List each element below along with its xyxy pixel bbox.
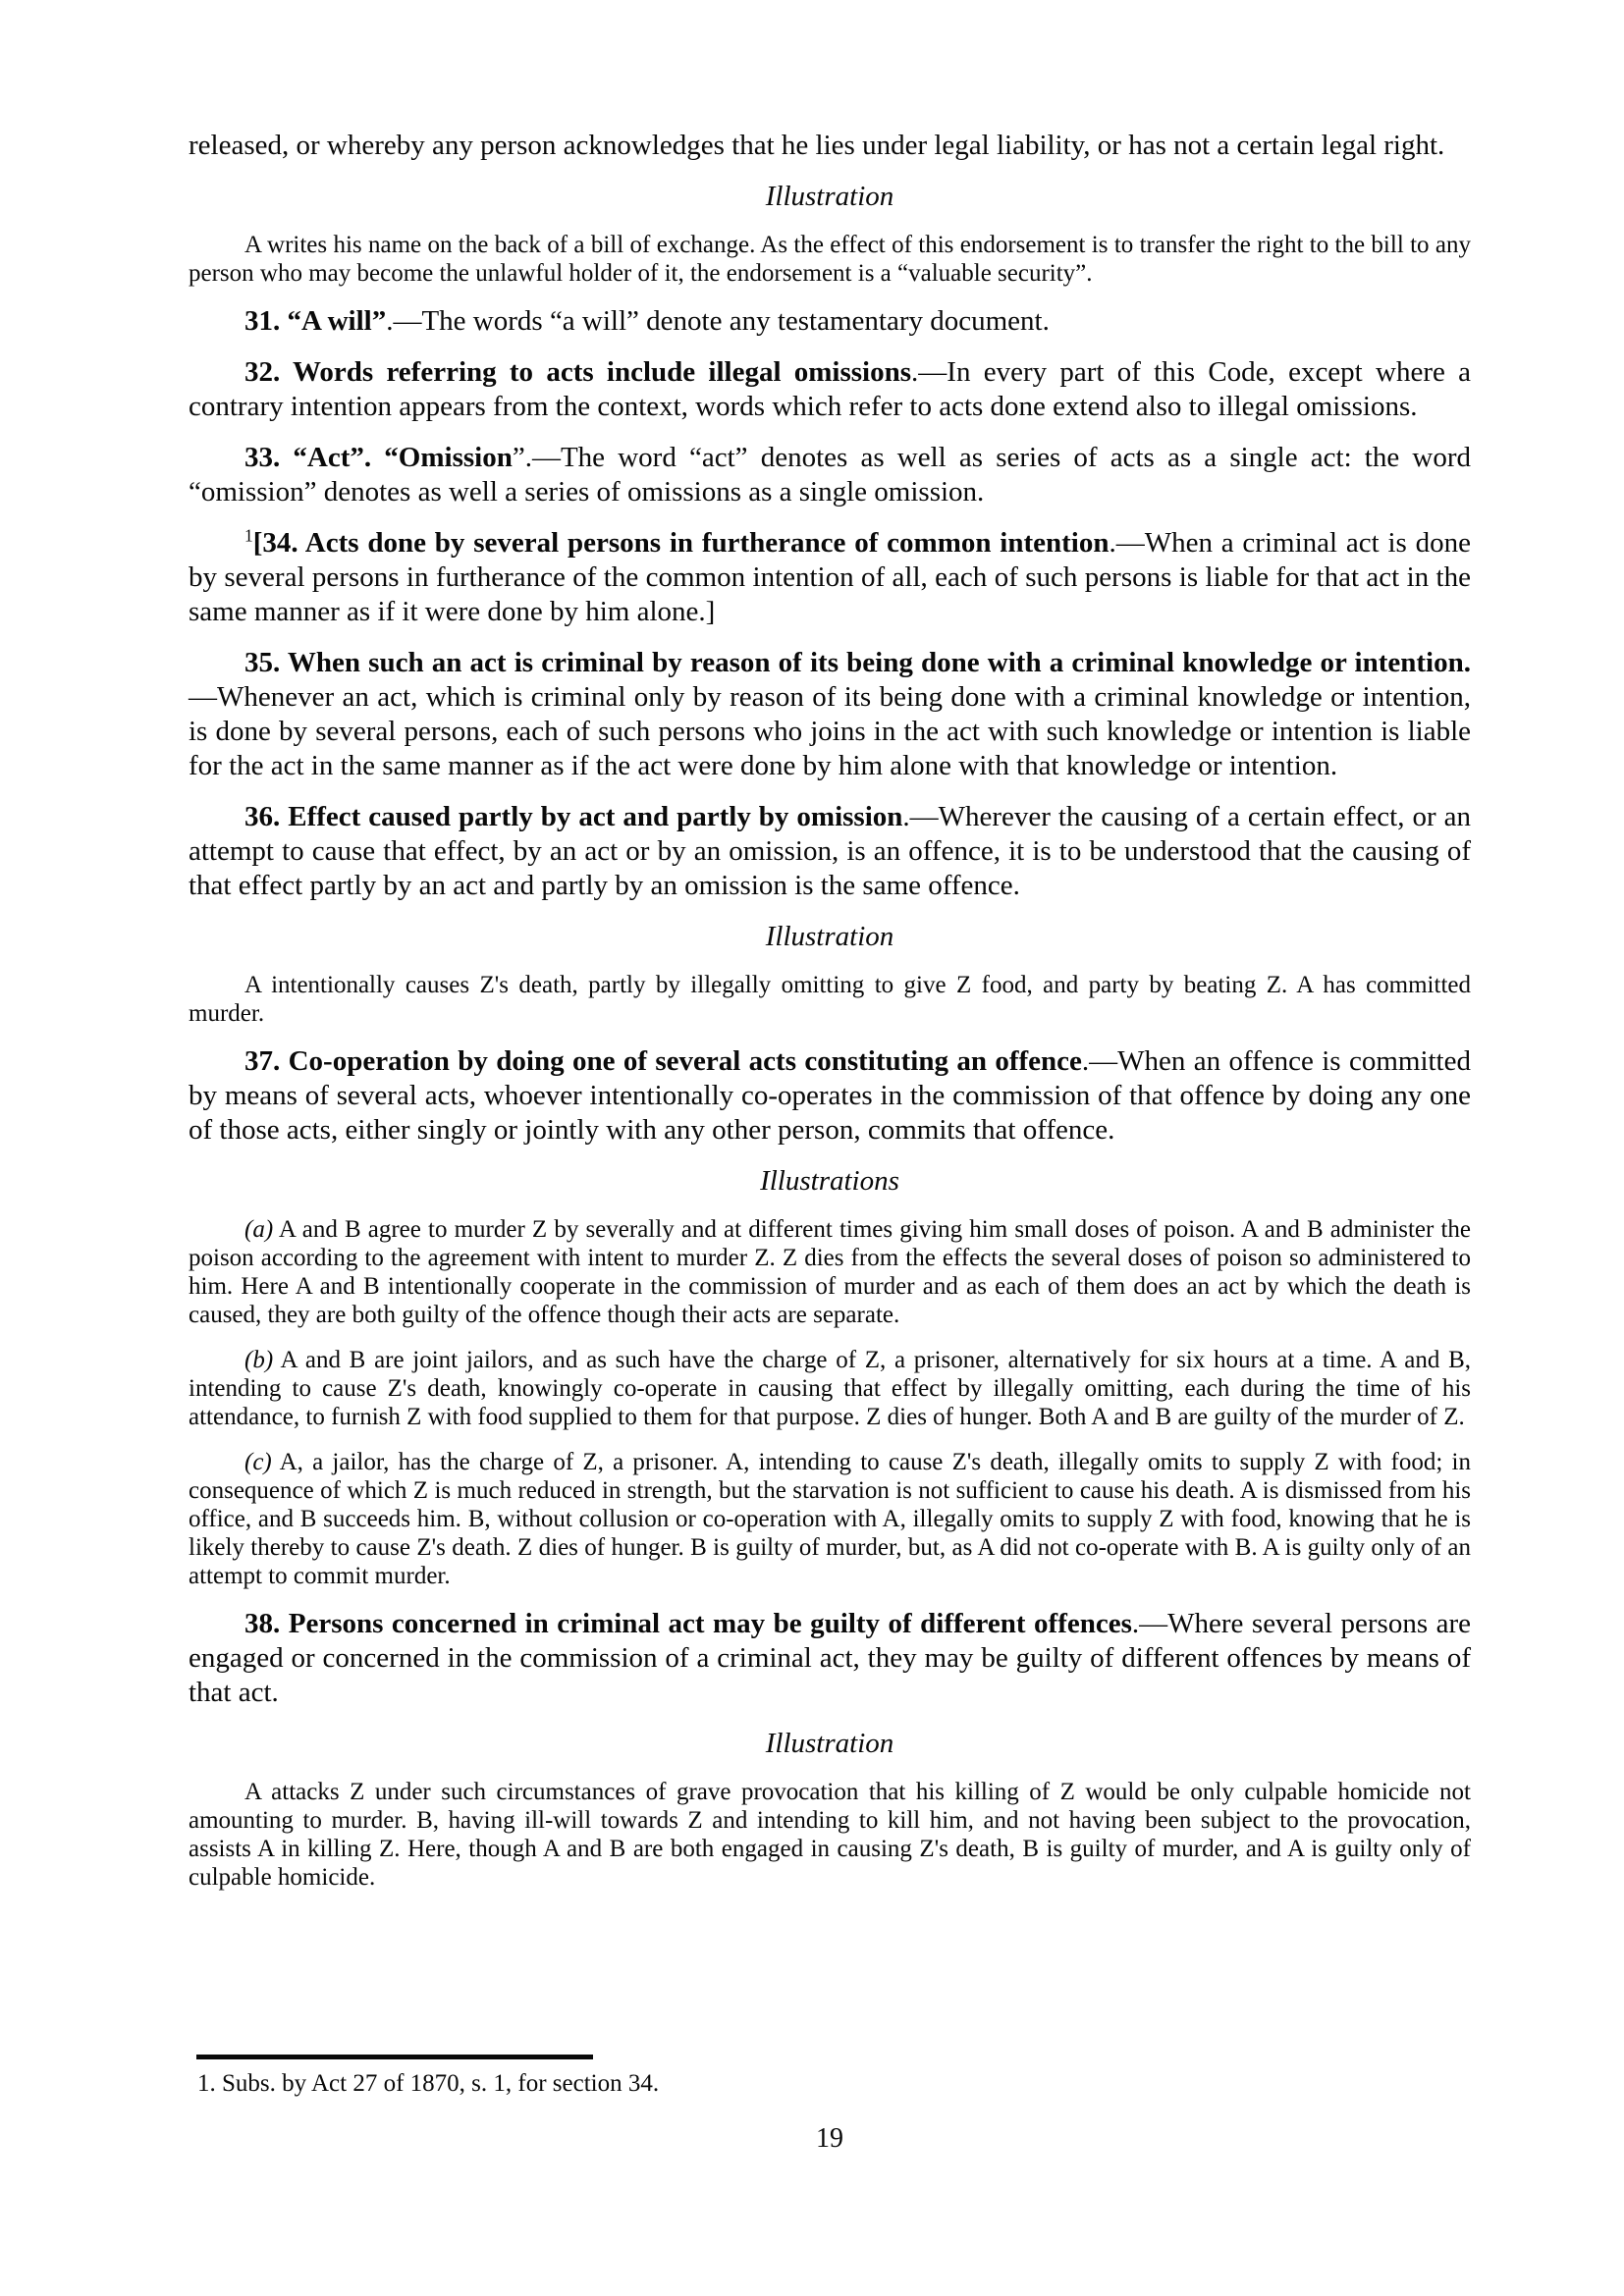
document-body: released, or whereby any person acknowle… bbox=[189, 129, 1471, 1908]
section-36: 36. Effect caused partly by act and part… bbox=[189, 800, 1471, 903]
section-34-segment-0: 1 bbox=[244, 525, 253, 545]
section-35: 35. When such an act is criminal by reas… bbox=[189, 646, 1471, 783]
section-33: 33. “Act”. “Omission”.—The word “act” de… bbox=[189, 441, 1471, 509]
illustration-heading-36: Illustration bbox=[189, 920, 1471, 954]
illustrations-heading-37: Illustrations bbox=[189, 1164, 1471, 1199]
illustration-36: A intentionally causes Z's death, partly… bbox=[189, 971, 1471, 1028]
illustration-37-b: (b) A and B are joint jailors, and as su… bbox=[189, 1346, 1471, 1431]
section-38: 38. Persons concerned in criminal act ma… bbox=[189, 1607, 1471, 1710]
illustration-38: A attacks Z under such circumstances of … bbox=[189, 1778, 1471, 1892]
section-35-segment-0: 35. When such an act is criminal by reas… bbox=[244, 647, 1471, 678]
illustration-38-segment-0: A attacks Z under such circumstances of … bbox=[189, 1779, 1471, 1891]
section-31-segment-1: .—The words “a will” denote any testamen… bbox=[386, 305, 1050, 337]
illustration-30: A writes his name on the back of a bill … bbox=[189, 231, 1471, 288]
illustration-37-a: (a) A and B agree to murder Z by several… bbox=[189, 1215, 1471, 1329]
section-37-segment-0: 37. Co-operation by doing one of several… bbox=[244, 1045, 1082, 1077]
illustration-37-c-segment-0: (c) bbox=[244, 1449, 272, 1475]
illustration-heading-30: Illustration bbox=[189, 180, 1471, 214]
section-37: 37. Co-operation by doing one of several… bbox=[189, 1044, 1471, 1148]
illustration-heading-38: Illustration bbox=[189, 1727, 1471, 1761]
document-page: released, or whereby any person acknowle… bbox=[0, 0, 1624, 2296]
illustration-37-a-segment-1: A and B agree to murder Z by severally a… bbox=[189, 1216, 1471, 1328]
section-34: 1[34. Acts done by several persons in fu… bbox=[189, 526, 1471, 629]
section-35-segment-1: —Whenever an act, which is criminal only… bbox=[189, 681, 1471, 781]
section-31: 31. “A will”.—The words “a will” denote … bbox=[189, 304, 1471, 339]
section-33-segment-0: 33. “Act”. “Omission bbox=[244, 442, 513, 473]
section-38-segment-0: 38. Persons concerned in criminal act ma… bbox=[244, 1608, 1132, 1639]
section-30-continuation: released, or whereby any person acknowle… bbox=[189, 129, 1471, 163]
footnote-rule bbox=[196, 2055, 593, 2059]
illustration-30-segment-0: A writes his name on the back of a bill … bbox=[189, 232, 1471, 287]
section-31-segment-0: 31. “A will” bbox=[244, 305, 386, 337]
illustration-37-a-segment-0: (a) bbox=[244, 1216, 273, 1243]
illustration-37-b-segment-0: (b) bbox=[244, 1347, 273, 1373]
section-34-segment-1: [34. Acts done by several persons in fur… bbox=[253, 527, 1110, 559]
section-32-segment-0: 32. Words referring to acts include ille… bbox=[244, 356, 911, 388]
illustration-37-c: (c) A, a jailor, has the charge of Z, a … bbox=[189, 1448, 1471, 1590]
illustration-36-segment-0: A intentionally causes Z's death, partly… bbox=[189, 972, 1471, 1027]
section-36-segment-0: 36. Effect caused partly by act and part… bbox=[244, 801, 902, 832]
section-32: 32. Words referring to acts include ille… bbox=[189, 355, 1471, 424]
illustration-37-b-segment-1: A and B are joint jailors, and as such h… bbox=[189, 1347, 1471, 1430]
page-number: 19 bbox=[189, 2122, 1471, 2156]
footnote: 1. Subs. by Act 27 of 1870, s. 1, for se… bbox=[197, 2069, 659, 2099]
section-30-continuation-segment-0: released, or whereby any person acknowle… bbox=[189, 130, 1444, 161]
illustration-37-c-segment-1: A, a jailor, has the charge of Z, a pris… bbox=[189, 1449, 1471, 1589]
